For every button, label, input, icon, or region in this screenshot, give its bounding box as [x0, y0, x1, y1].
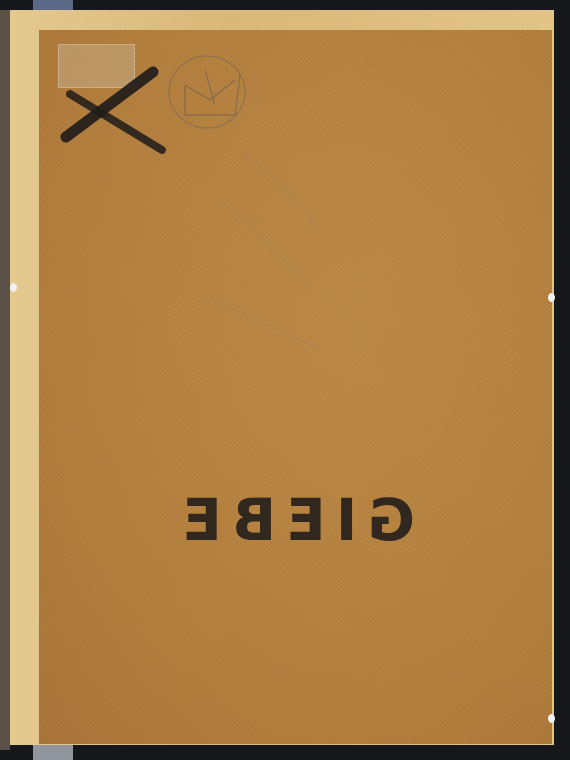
painted-inscription: GIEBE [180, 488, 415, 552]
edge-hole [10, 283, 17, 292]
left-edge-strip [0, 10, 10, 750]
bottom-mount-tab [33, 745, 73, 760]
edge-hole [548, 714, 555, 723]
painted-x-mark [58, 62, 168, 157]
edge-hole [548, 293, 555, 302]
faint-pencil-sketch [200, 120, 380, 380]
